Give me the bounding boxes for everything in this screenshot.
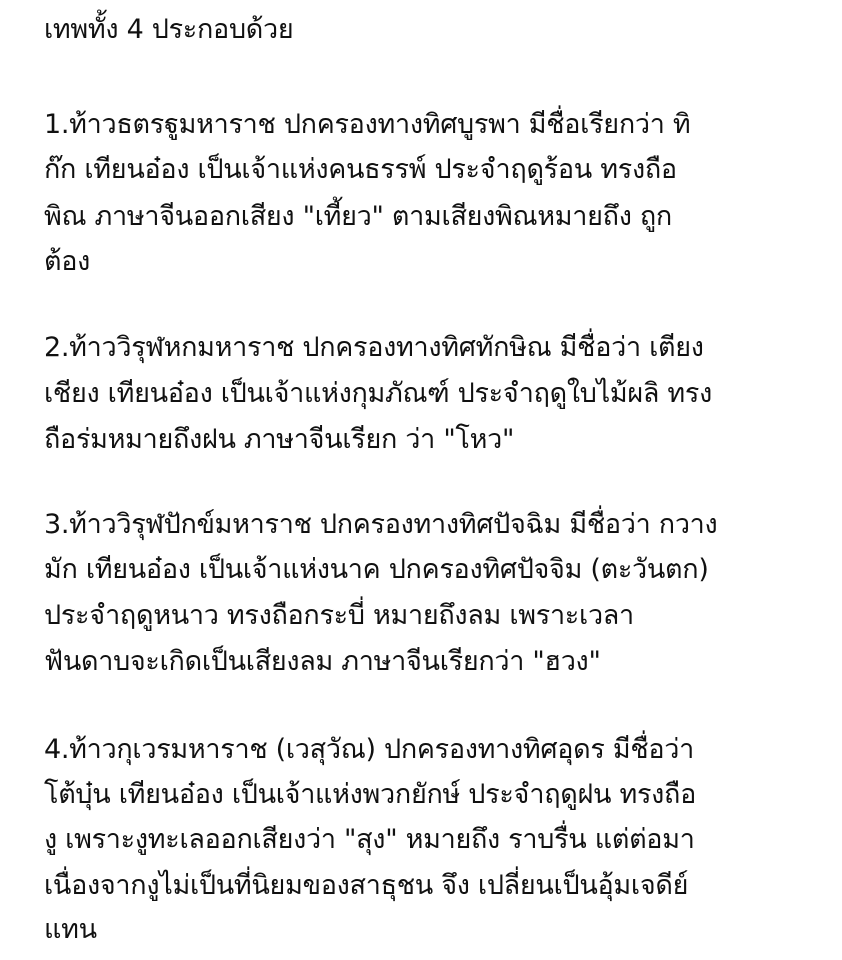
paragraph-line: ก๊ก เทียนอ๋อง เป็นเจ้าแห่งคนธรรพ์ ประจำฤ… (44, 150, 677, 190)
paragraph-line: 2.ท้าววิรุฬหกมหาราช ปกครองทางทิศทักษิณ ม… (44, 328, 704, 368)
paragraph-line: 1.ท้าวธตรฐูมหาราช ปกครองทางทิศบูรพา มีชื… (44, 105, 690, 145)
paragraph-line: 3.ท้าววิรุฬปักข์มหาราช ปกครองทางทิศปัจฉิ… (44, 505, 717, 545)
paragraph-line: 4.ท้าวกุเวรมหาราช (เวสุวัณ) ปกครองทางทิศ… (44, 730, 694, 770)
paragraph-line: ถือร่มหมายถึงฝน ภาษาจีนเรียก ว่า "โหว" (44, 420, 514, 460)
paragraph-line: ต้อง (44, 242, 90, 282)
paragraph-line: แทน (44, 910, 97, 950)
paragraph-line: มัก เทียนอ๋อง เป็นเจ้าแห่งนาค ปกครองทิศป… (44, 550, 709, 590)
paragraph-line: เนื่องจากงูไม่เป็นที่นิยมของสาธุชน จึง เ… (44, 866, 688, 906)
paragraph-line: พิณ ภาษาจีนออกเสียง "เที้ยว" ตามเสียงพิณ… (44, 197, 672, 237)
paragraph-line: โต้บุ๋น เทียนอ๋อง เป็นเจ้าแห่งพวกยักษ์ ป… (44, 775, 696, 815)
paragraph-line: เชียง เทียนอ๋อง เป็นเจ้าแห่งกุมภัณฑ์ ประ… (44, 374, 712, 414)
paragraph-line: งู เพราะงูทะเลออกเสียงว่า "สุง" หมายถึง … (44, 820, 695, 860)
paragraph-line: ประจำฤดูหนาว ทรงถือกระบี่ หมายถึงลม เพรา… (44, 596, 634, 636)
document-title: เทพทั้ง 4 ประกอบด้วย (44, 10, 293, 50)
paragraph-line: ฟันดาบจะเกิดเป็นเสียงลม ภาษาจีนเรียกว่า … (44, 642, 601, 682)
